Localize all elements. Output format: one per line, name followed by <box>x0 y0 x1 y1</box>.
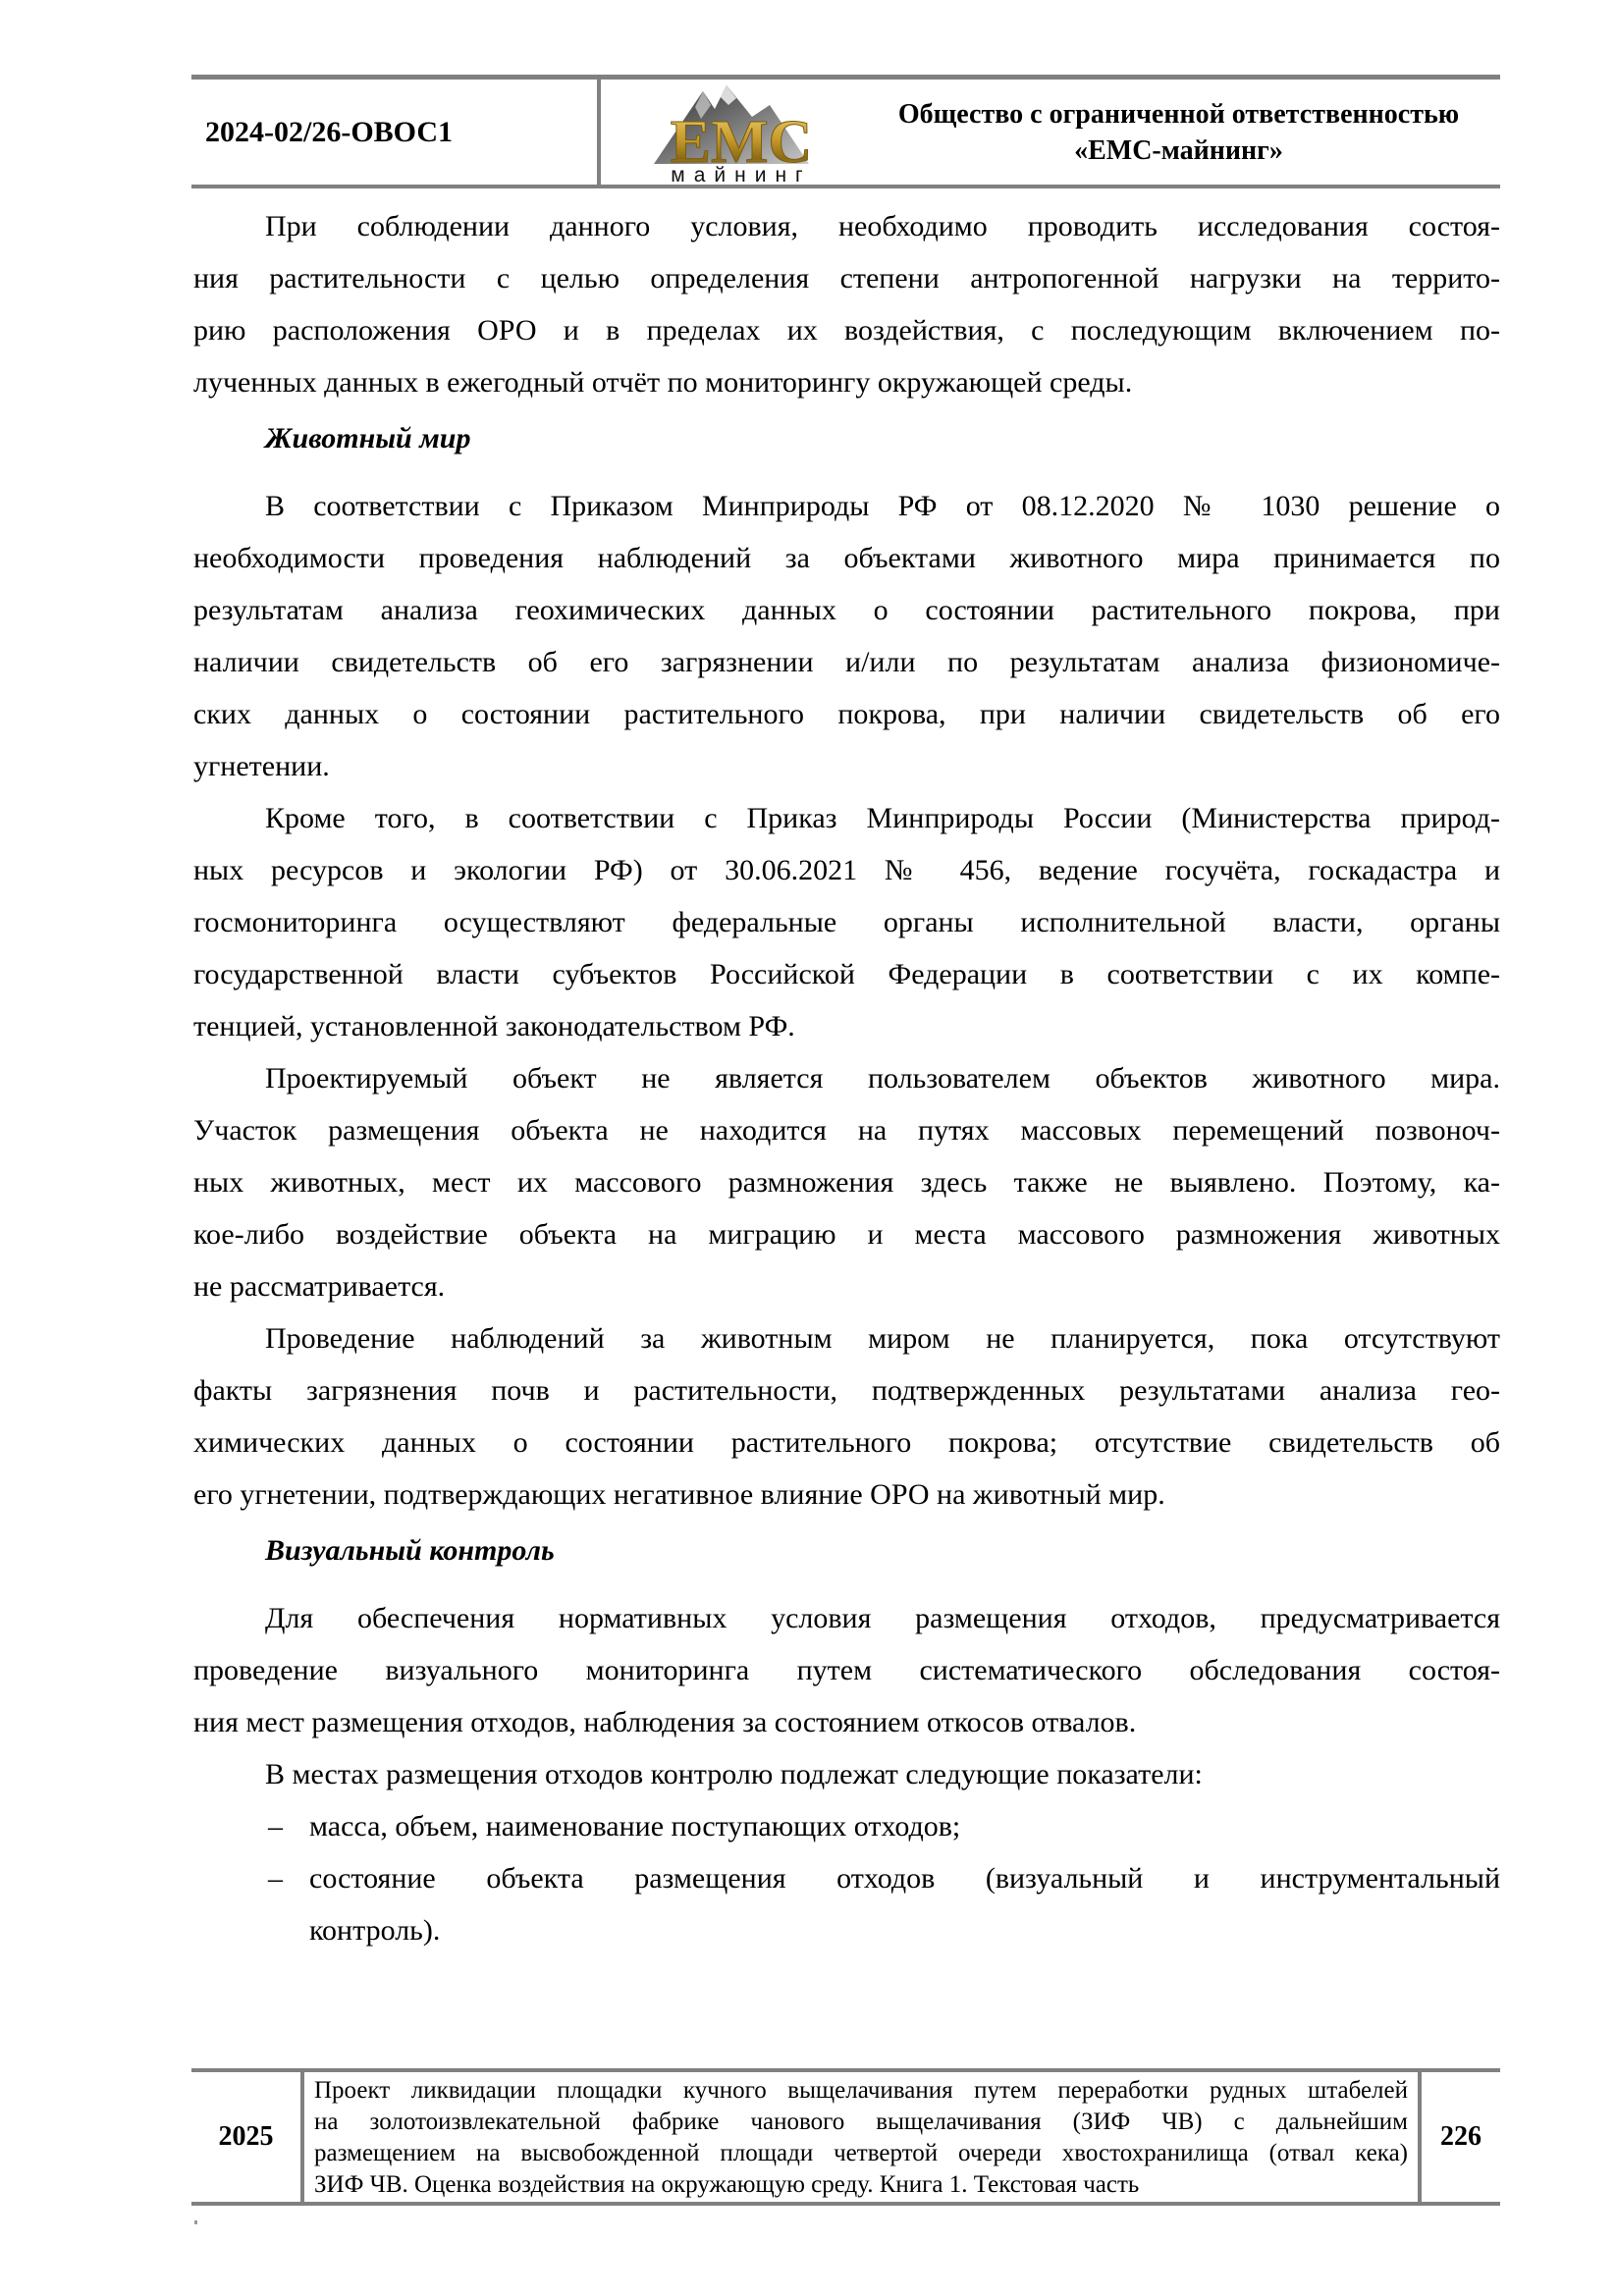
text-line: ния растительности с целью определения с… <box>193 252 1500 304</box>
section-heading: Животный мир <box>265 412 1500 464</box>
stray-mark <box>194 2220 197 2224</box>
text-line: рию расположения ОРО и в пределах их воз… <box>193 304 1500 356</box>
paragraph: Кроме того, в соответствии с Приказ Минп… <box>193 792 1500 1052</box>
text-line: необходимости проведения наблюдений за о… <box>193 532 1500 584</box>
emc-mining-logo-icon: ЕМС майнинг <box>626 80 857 185</box>
text-line: При соблюдении данного условия, необходи… <box>193 200 1500 252</box>
text-line: тенцией, установленной законодательством… <box>193 1000 1500 1052</box>
text-line: его угнетении, подтверждающих негативное… <box>193 1468 1500 1521</box>
page-header: 2024-02/26-ОВОС1 <box>191 75 1500 188</box>
svg-text:майнинг: майнинг <box>671 164 811 185</box>
list-item: –состояние объекта размещения отходов (в… <box>193 1852 1500 1956</box>
text-line: Для обеспечения нормативных условия разм… <box>193 1592 1500 1644</box>
text-line: размещением на высвобожденной площади че… <box>314 2138 1408 2169</box>
document-body: При соблюдении данного условия, необходи… <box>193 188 1500 1956</box>
text-line: химических данных о состоянии растительн… <box>193 1416 1500 1468</box>
company-name-line1: Общество с ограниченной ответственностью <box>857 96 1500 133</box>
text-line: Проектируемый объект не является пользов… <box>193 1052 1500 1104</box>
text-line: ния мест размещения отходов, наблюдения … <box>193 1696 1500 1748</box>
paragraph: В местах размещения отходов контролю под… <box>193 1748 1500 1800</box>
text-line: ных ресурсов и экологии РФ) от 30.06.202… <box>193 844 1500 896</box>
document-page: 2024-02/26-ОВОС1 <box>0 0 1616 2296</box>
text-line: ЗИФ ЧВ. Оценка воздействия на окружающую… <box>314 2169 1408 2201</box>
text-line: угнетении. <box>193 740 1500 792</box>
text-line: Участок размещения объекта не находится … <box>193 1104 1500 1156</box>
text-line: наличии свидетельств об его загрязнении … <box>193 636 1500 688</box>
text-line: результатам анализа геохимических данных… <box>193 584 1500 636</box>
text-line: на золотоизвлекательной фабрике чанового… <box>314 2107 1408 2138</box>
text-line: Проект ликвидации площадки кучного выщел… <box>314 2075 1408 2107</box>
paragraph: Проектируемый объект не является пользов… <box>193 1052 1500 1312</box>
text-line: Кроме того, в соответствии с Приказ Минп… <box>193 792 1500 844</box>
paragraph: В соответствии с Приказом Минприроды РФ … <box>193 480 1500 792</box>
text-line: не рассматривается. <box>193 1260 1500 1312</box>
text-line: проведение визуального мониторинга путем… <box>193 1644 1500 1696</box>
page-number: 226 <box>1422 2072 1500 2202</box>
text-line: Проведение наблюдений за животным миром … <box>193 1312 1500 1364</box>
text-line: кое-либо воздействие объекта на миграцию… <box>193 1208 1500 1260</box>
text-line: контроль). <box>309 1904 1500 1956</box>
paragraph: Для обеспечения нормативных условия разм… <box>193 1592 1500 1748</box>
footer-project-title: Проект ликвидации площадки кучного выщел… <box>304 2072 1422 2202</box>
text-line: лученных данных в ежегодный отчёт по мон… <box>193 356 1500 408</box>
text-line: ских данных о состоянии растительного по… <box>193 688 1500 740</box>
section-heading: Визуальный контроль <box>265 1524 1500 1576</box>
list-dash-marker: – <box>268 1800 283 1852</box>
page-footer: 2025 Проект ликвидации площадки кучного … <box>191 2068 1500 2206</box>
text-line: масса, объем, наименование поступающих о… <box>309 1800 1500 1852</box>
company-name: Общество с ограниченной ответственностью… <box>857 96 1500 169</box>
text-line: В местах размещения отходов контролю под… <box>193 1748 1500 1800</box>
text-line: ных животных, мест их массового размноже… <box>193 1156 1500 1208</box>
text-line: факты загрязнения почв и растительности,… <box>193 1364 1500 1416</box>
text-line: состояние объекта размещения отходов (ви… <box>309 1852 1500 1904</box>
paragraph: При соблюдении данного условия, необходи… <box>193 200 1500 408</box>
document-code: 2024-02/26-ОВОС1 <box>191 80 601 185</box>
list-dash-marker: – <box>268 1852 283 1904</box>
footer-year: 2025 <box>191 2072 304 2202</box>
text-line: Животный мир <box>265 412 1500 464</box>
text-line: госмониторинга осуществляют федеральные … <box>193 896 1500 948</box>
paragraph: Проведение наблюдений за животным миром … <box>193 1312 1500 1521</box>
company-logo: ЕМС майнинг <box>626 80 857 185</box>
company-name-line2: «ЕМС-майнинг» <box>857 133 1500 169</box>
text-line: В соответствии с Приказом Минприроды РФ … <box>193 480 1500 532</box>
list-item: –масса, объем, наименование поступающих … <box>193 1800 1500 1852</box>
text-line: государственной власти субъектов Российс… <box>193 948 1500 1000</box>
header-main-cell: ЕМС майнинг Общество с ограниченной отве… <box>601 80 1500 185</box>
text-line: Визуальный контроль <box>265 1524 1500 1576</box>
